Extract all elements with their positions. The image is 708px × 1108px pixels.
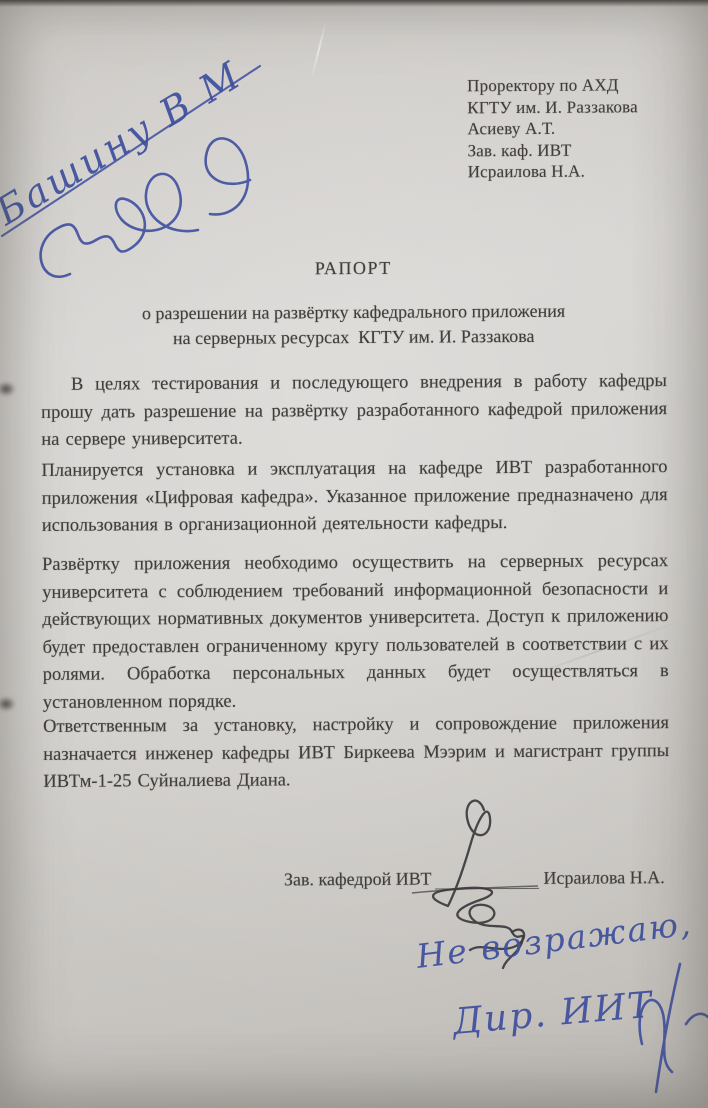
subtitle-line-1: о разрешении на развёртку кафедрального … [142, 301, 565, 324]
approval-text-line1: Не возражаю, [413, 903, 694, 976]
recipient-block: Проректору по АХД КГТУ им. И. Раззакова … [467, 74, 638, 183]
recipient-line: КГТУ им. И. Раззакова [467, 96, 638, 119]
recipient-line: Проректору по АХД [467, 74, 638, 97]
paragraph-1: В целях тестирования и последующего внед… [41, 368, 667, 454]
approval-annotation: Не возражаю, Дир. ИИТ [370, 902, 708, 1108]
recipient-line: Зав. каф. ИВТ [467, 139, 638, 162]
report-subtitle: о разрешении на развёртку кафедрального … [40, 298, 666, 352]
document-photo: Проректору по АХД КГТУ им. И. Раззакова … [0, 0, 708, 1108]
paragraph-2: Планируется установка и эксплуатация на … [41, 454, 667, 540]
recipient-line: Асиеву А.Т. [467, 117, 638, 140]
paragraph-3: Развёртку приложения необходимо осуществ… [42, 548, 669, 717]
paragraph-4: Ответственным за установку, настройку и … [43, 710, 669, 796]
top-left-annotation: Башину В М [0, 30, 290, 290]
recipient-line: Исраилова Н.А. [468, 160, 639, 183]
subtitle-line-2: на серверных ресурсах КГТУ им. И. Раззак… [173, 326, 535, 348]
approval-signature-flourish [640, 964, 708, 1092]
top-note-flourish-stroke [206, 138, 250, 214]
approval-text-line2: Дир. ИИТ [449, 985, 656, 1044]
